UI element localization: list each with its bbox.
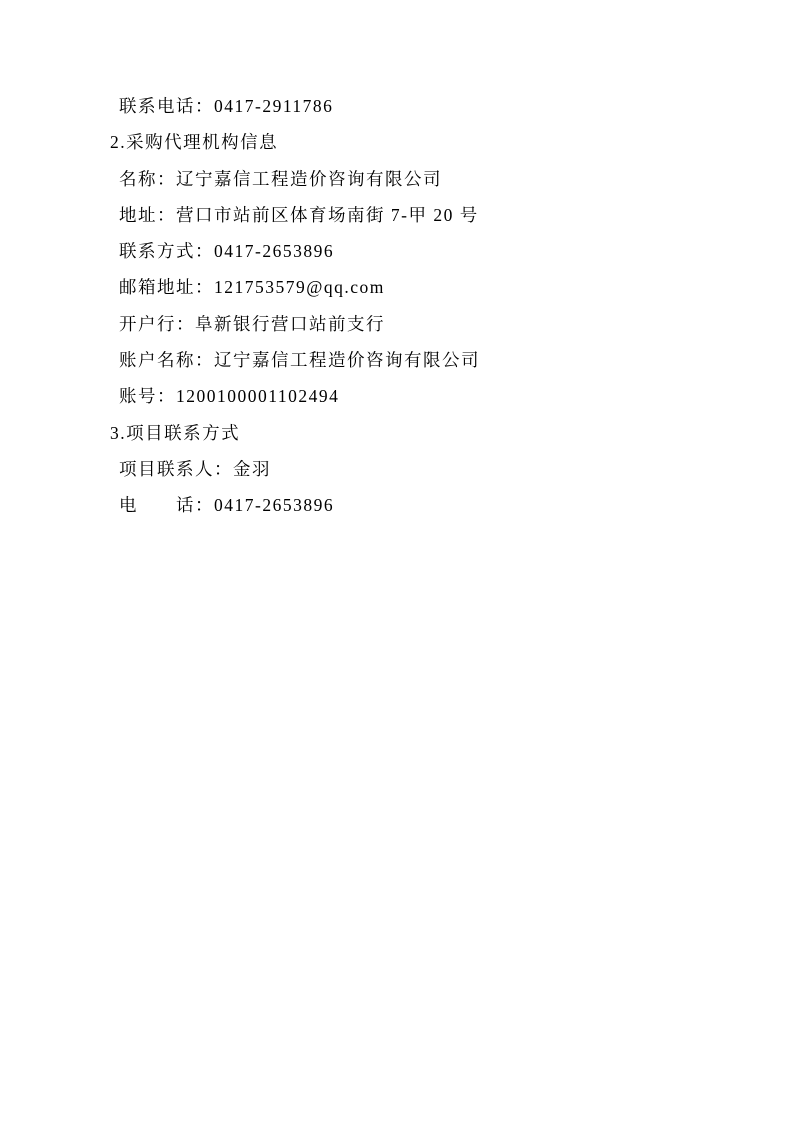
document-line: 账号：1200100001102494 [0,378,793,414]
document-page: 联系电话：0417-29117862.采购代理机构信息名称：辽宁嘉信工程造价咨询… [0,0,793,1122]
document-line: 3.项目联系方式 [0,415,793,451]
document-line: 电 话：0417-2653896 [0,487,793,523]
document-content: 联系电话：0417-29117862.采购代理机构信息名称：辽宁嘉信工程造价咨询… [0,88,793,524]
document-line: 名称：辽宁嘉信工程造价咨询有限公司 [0,161,793,197]
document-line: 地址：营口市站前区体育场南街 7-甲 20 号 [0,197,793,233]
document-line: 2.采购代理机构信息 [0,124,793,160]
document-line: 联系电话：0417-2911786 [0,88,793,124]
document-line: 联系方式：0417-2653896 [0,233,793,269]
document-line: 账户名称：辽宁嘉信工程造价咨询有限公司 [0,342,793,378]
document-line: 邮箱地址：121753579@qq.com [0,269,793,305]
document-line: 项目联系人：金羽 [0,451,793,487]
document-line: 开户行：阜新银行营口站前支行 [0,306,793,342]
